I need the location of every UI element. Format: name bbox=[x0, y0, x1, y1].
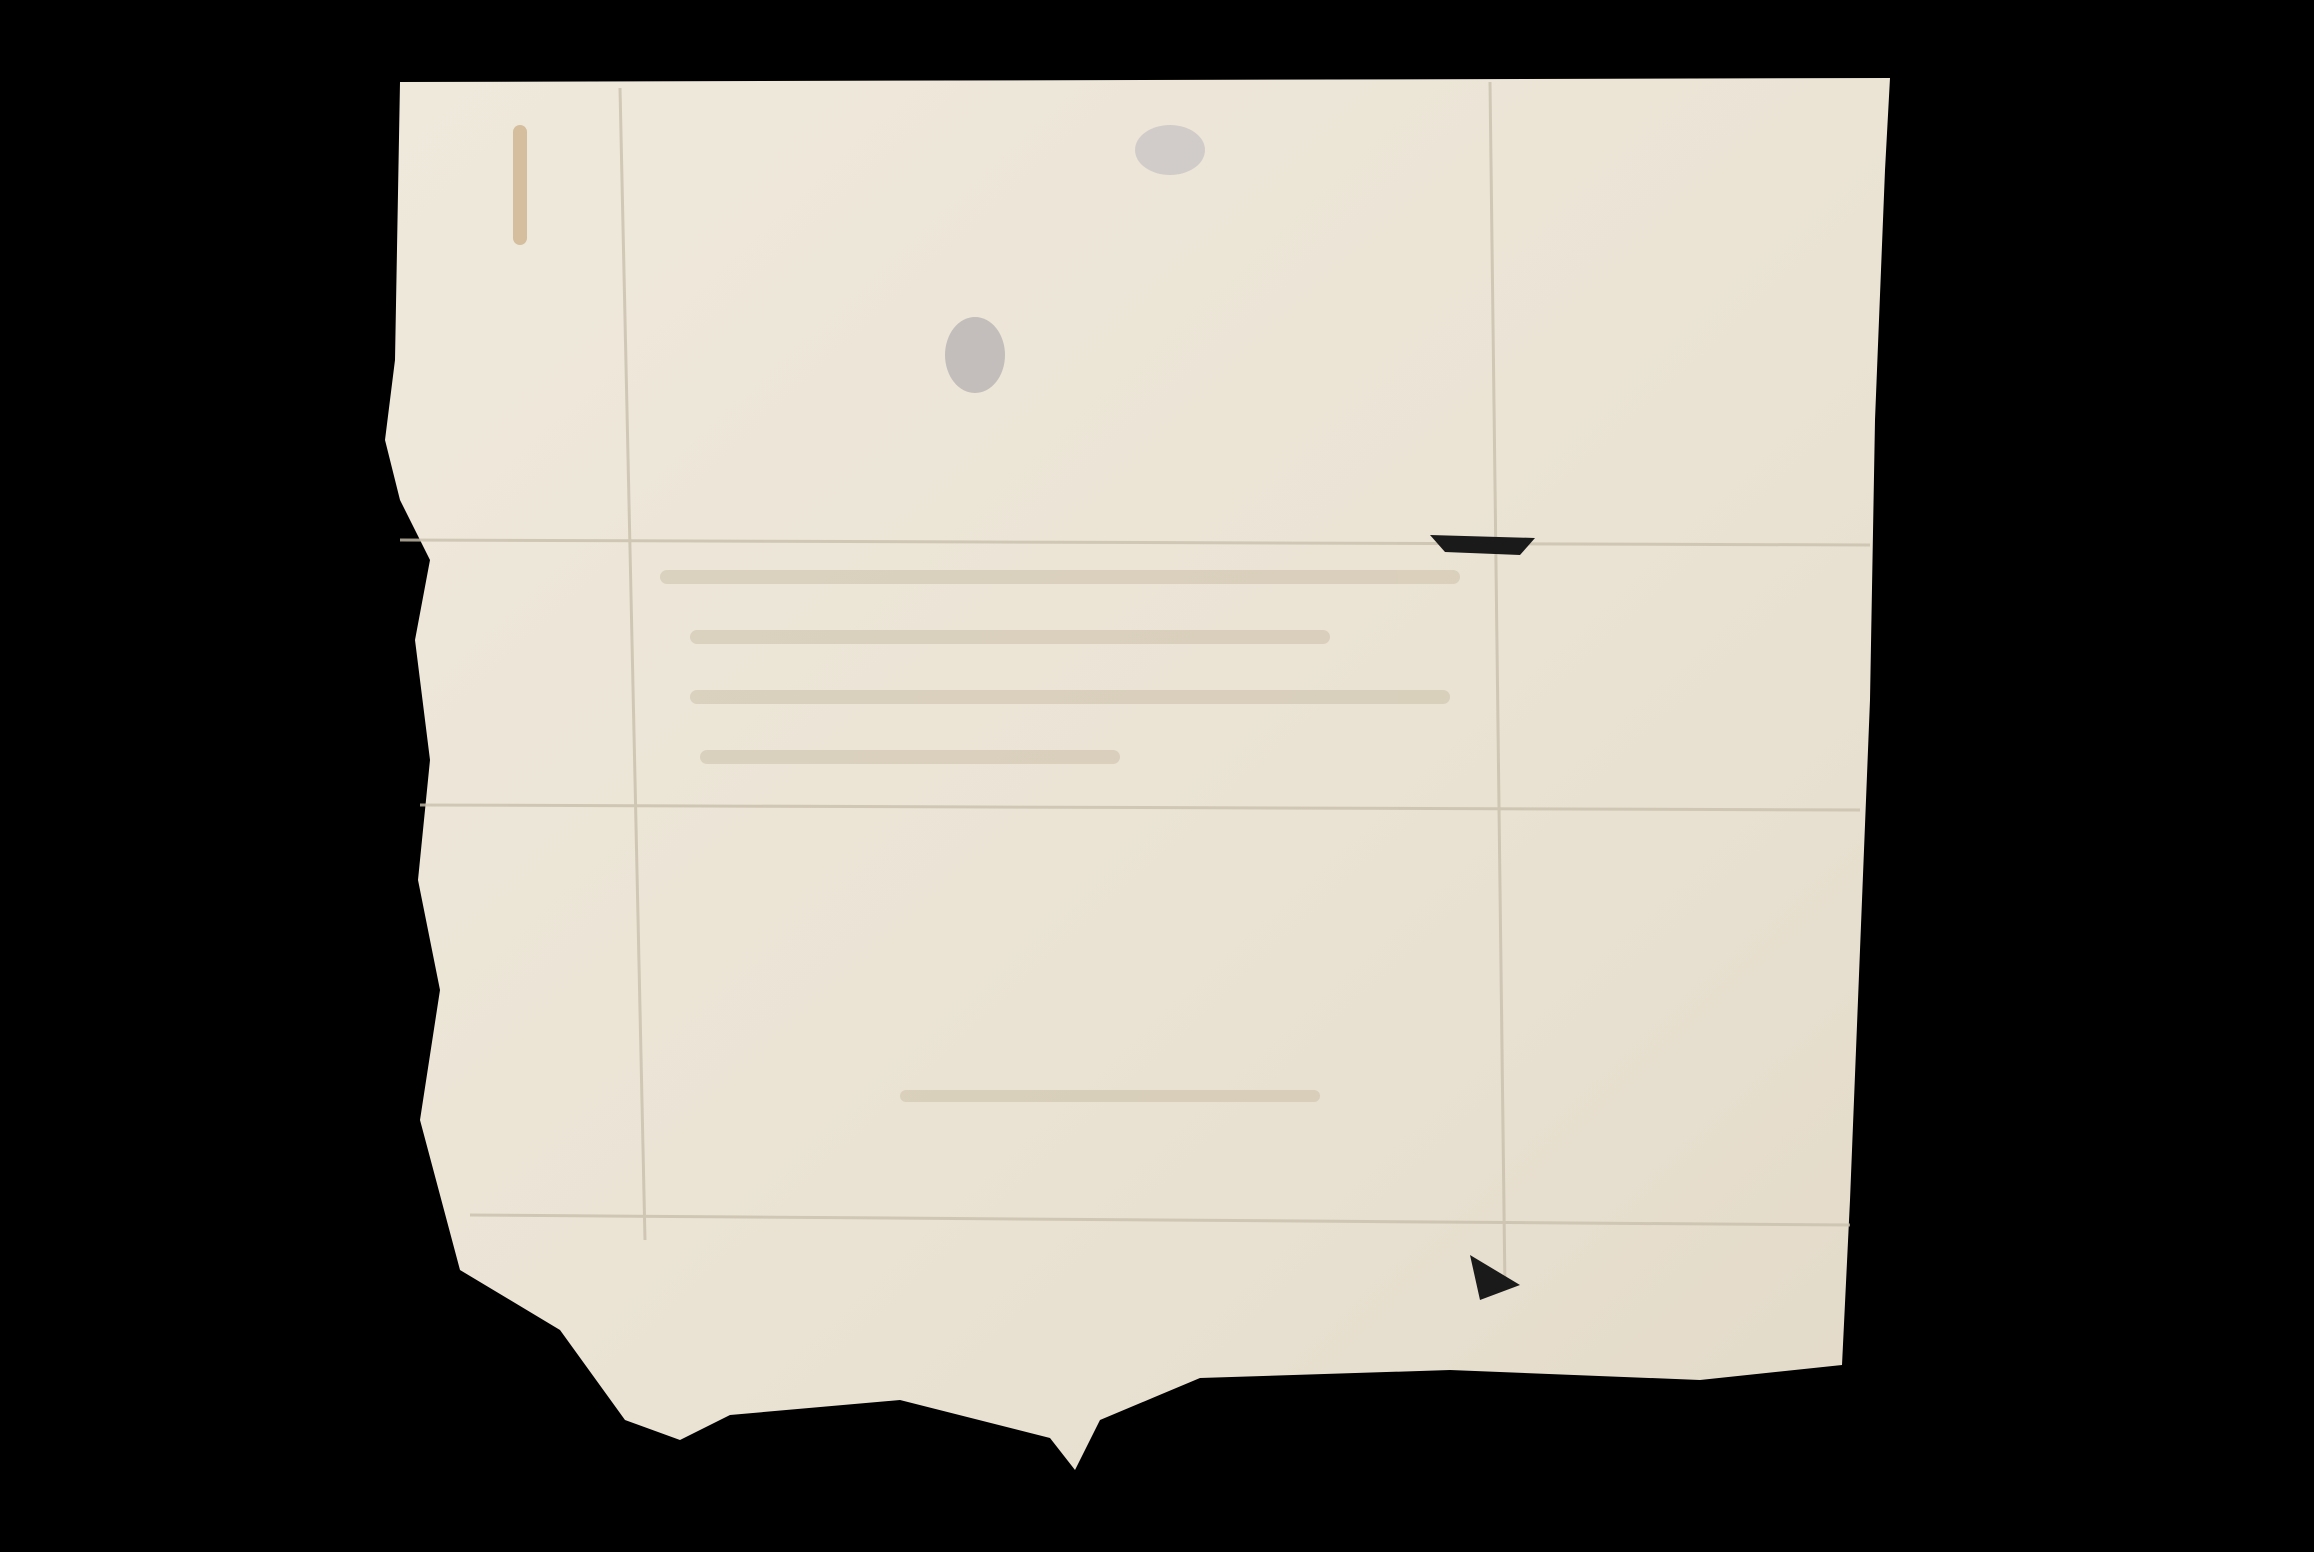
paper-body bbox=[385, 78, 1890, 1470]
paper-sheet bbox=[0, 0, 2314, 1552]
